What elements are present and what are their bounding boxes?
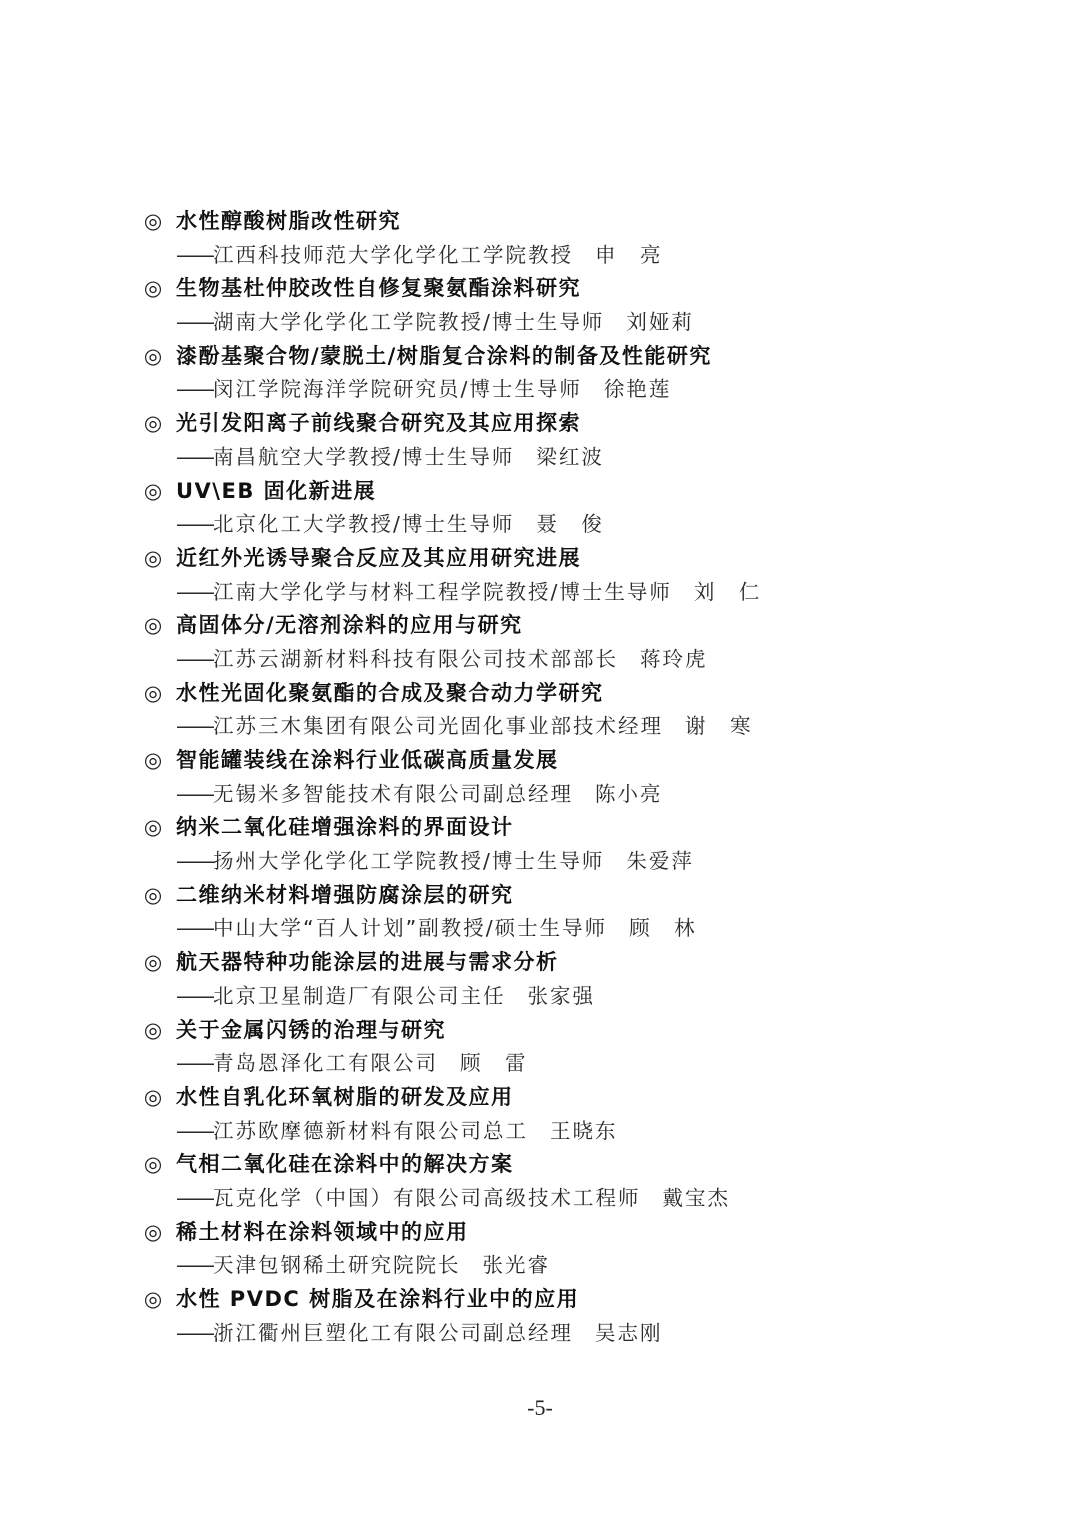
speaker-info: ——南昌航空大学教授/博士生导师梁红波 [176,441,604,475]
talk-title-line: ◎ 水性醇酸树脂改性研究 [140,205,900,239]
speaker-affiliation: 江苏云湖新材料科技有限公司技术部部长 [213,647,618,671]
talk-title-line: ◎ 水性 PVDC 树脂及在涂料行业中的应用 [140,1283,900,1317]
talk-entry: ◎ 水性 PVDC 树脂及在涂料行业中的应用 ——浙江衢州巨塑化工有限公司副总经… [140,1283,900,1350]
speaker-affiliation: 江西科技师范大学化学化工学院教授 [213,243,573,267]
em-dash: —— [176,1186,213,1210]
speaker-name: 朱爱萍 [626,849,694,873]
talk-entry: ◎ 水性自乳化环氧树脂的研发及应用 ——江苏欧摩德新材料有限公司总工王晓东 [140,1081,900,1148]
speaker-name: 张家强 [528,984,596,1008]
speaker-name: 刘 仁 [694,580,762,604]
talk-title-line: ◎ 漆酚基聚合物/蒙脱土/树脂复合涂料的制备及性能研究 [140,340,900,374]
talk-title: 稀土材料在涂料领域中的应用 [176,1216,469,1250]
speaker-line: ——浙江衢州巨塑化工有限公司副总经理吴志刚 [140,1317,900,1351]
talk-entry: ◎ 关于金属闪锈的治理与研究 ——青岛恩泽化工有限公司顾 雷 [140,1014,900,1081]
talk-title: 航天器特种功能涂层的进展与需求分析 [176,946,559,980]
double-circle-bullet-icon: ◎ [140,879,166,913]
double-circle-bullet-icon: ◎ [140,340,166,374]
speaker-name: 吴志刚 [595,1321,663,1345]
talk-title: 漆酚基聚合物/蒙脱土/树脂复合涂料的制备及性能研究 [176,340,712,374]
em-dash: —— [176,512,213,536]
double-circle-bullet-icon: ◎ [140,407,166,441]
speaker-name: 顾 雷 [460,1051,528,1075]
talk-entry: ◎ UV\EB 固化新进展 ——北京化工大学教授/博士生导师聂 俊 [140,475,900,542]
talk-entry: ◎ 近红外光诱导聚合反应及其应用研究进展 ——江南大学化学与材料工程学院教授/博… [140,542,900,609]
em-dash: —— [176,1253,213,1277]
talk-title-line: ◎ 稀土材料在涂料领域中的应用 [140,1216,900,1250]
speaker-line: ——扬州大学化学化工学院教授/博士生导师朱爱萍 [140,845,900,879]
double-circle-bullet-icon: ◎ [140,811,166,845]
talk-entry: ◎ 智能罐装线在涂料行业低碳高质量发展 ——无锡米多智能技术有限公司副总经理陈小… [140,744,900,811]
talk-title: 气相二氧化硅在涂料中的解决方案 [176,1148,514,1182]
speaker-info: ——天津包钢稀土研究院院长张光睿 [176,1249,550,1283]
em-dash: —— [176,1321,213,1345]
em-dash: —— [176,377,213,401]
speaker-affiliation: 扬州大学化学化工学院教授/博士生导师 [213,849,604,873]
em-dash: —— [176,849,213,873]
speaker-info: ——江西科技师范大学化学化工学院教授申 亮 [176,239,663,273]
em-dash: —— [176,1119,213,1143]
talk-title-line: ◎ 气相二氧化硅在涂料中的解决方案 [140,1148,900,1182]
speaker-info: ——江南大学化学与材料工程学院教授/博士生导师刘 仁 [176,576,761,610]
speaker-affiliation: 江南大学化学与材料工程学院教授/博士生导师 [213,580,672,604]
talk-entry: ◎ 二维纳米材料增强防腐涂层的研究 ——中山大学“百人计划”副教授/硕士生导师顾… [140,879,900,946]
talk-title: 近红外光诱导聚合反应及其应用研究进展 [176,542,581,576]
speaker-name: 戴宝杰 [663,1186,731,1210]
em-dash: —— [176,916,213,940]
em-dash: —— [176,984,213,1008]
speaker-affiliation: 江苏欧摩德新材料有限公司总工 [213,1119,528,1143]
talk-title: 高固体分/无溶剂涂料的应用与研究 [176,609,523,643]
speaker-line: ——北京化工大学教授/博士生导师聂 俊 [140,508,900,542]
speaker-affiliation: 无锡米多智能技术有限公司副总经理 [213,782,573,806]
speaker-line: ——中山大学“百人计划”副教授/硕士生导师顾 林 [140,912,900,946]
speaker-info: ——扬州大学化学化工学院教授/博士生导师朱爱萍 [176,845,694,879]
talk-entry: ◎ 高固体分/无溶剂涂料的应用与研究 ——江苏云湖新材料科技有限公司技术部部长蒋… [140,609,900,676]
talk-title-line: ◎ 光引发阳离子前线聚合研究及其应用探索 [140,407,900,441]
double-circle-bullet-icon: ◎ [140,1081,166,1115]
talk-title: 生物基杜仲胶改性自修复聚氨酯涂料研究 [176,272,581,306]
talk-entry: ◎ 航天器特种功能涂层的进展与需求分析 ——北京卫星制造厂有限公司主任张家强 [140,946,900,1013]
em-dash: —— [176,580,213,604]
talk-title-line: ◎ 智能罐装线在涂料行业低碳高质量发展 [140,744,900,778]
speaker-name: 申 亮 [595,243,663,267]
speaker-name: 徐艳莲 [604,377,672,401]
em-dash: —— [176,1051,213,1075]
em-dash: —— [176,714,213,738]
talk-title-line: ◎ 近红外光诱导聚合反应及其应用研究进展 [140,542,900,576]
double-circle-bullet-icon: ◎ [140,677,166,711]
double-circle-bullet-icon: ◎ [140,475,166,509]
talk-entry: ◎ 水性光固化聚氨酯的合成及聚合动力学研究 ——江苏三木集团有限公司光固化事业部… [140,677,900,744]
speaker-affiliation: 湖南大学化学化工学院教授/博士生导师 [213,310,604,334]
talk-title: UV\EB 固化新进展 [176,475,376,509]
em-dash: —— [176,647,213,671]
double-circle-bullet-icon: ◎ [140,744,166,778]
talk-list: ◎ 水性醇酸树脂改性研究 ——江西科技师范大学化学化工学院教授申 亮 ◎ 生物基… [140,205,900,1350]
speaker-affiliation: 青岛恩泽化工有限公司 [213,1051,438,1075]
speaker-line: ——闵江学院海洋学院研究员/博士生导师徐艳莲 [140,373,900,407]
talk-title-line: ◎ 高固体分/无溶剂涂料的应用与研究 [140,609,900,643]
speaker-affiliation: 瓦克化学（中国）有限公司高级技术工程师 [213,1186,641,1210]
page-number: -5- [0,1395,1080,1421]
talk-entry: ◎ 光引发阳离子前线聚合研究及其应用探索 ——南昌航空大学教授/博士生导师梁红波 [140,407,900,474]
double-circle-bullet-icon: ◎ [140,542,166,576]
em-dash: —— [176,782,213,806]
speaker-name: 梁红波 [536,445,604,469]
speaker-affiliation: 浙江衢州巨塑化工有限公司副总经理 [213,1321,573,1345]
speaker-line: ——天津包钢稀土研究院院长张光睿 [140,1249,900,1283]
speaker-line: ——瓦克化学（中国）有限公司高级技术工程师戴宝杰 [140,1182,900,1216]
double-circle-bullet-icon: ◎ [140,1148,166,1182]
talk-title-line: ◎ 水性光固化聚氨酯的合成及聚合动力学研究 [140,677,900,711]
talk-title-line: ◎ 纳米二氧化硅增强涂料的界面设计 [140,811,900,845]
talk-title: 水性 PVDC 树脂及在涂料行业中的应用 [176,1283,579,1317]
speaker-line: ——南昌航空大学教授/博士生导师梁红波 [140,441,900,475]
talk-title: 关于金属闪锈的治理与研究 [176,1014,446,1048]
speaker-line: ——江西科技师范大学化学化工学院教授申 亮 [140,239,900,273]
speaker-name: 张光睿 [483,1253,551,1277]
talk-title: 水性醇酸树脂改性研究 [176,205,401,239]
talk-title: 水性自乳化环氧树脂的研发及应用 [176,1081,514,1115]
speaker-name: 蒋玲虎 [640,647,708,671]
double-circle-bullet-icon: ◎ [140,946,166,980]
talk-title-line: ◎ 生物基杜仲胶改性自修复聚氨酯涂料研究 [140,272,900,306]
talk-title-line: ◎ UV\EB 固化新进展 [140,475,900,509]
speaker-info: ——北京化工大学教授/博士生导师聂 俊 [176,508,604,542]
em-dash: —— [176,445,213,469]
talk-entry: ◎ 生物基杜仲胶改性自修复聚氨酯涂料研究 ——湖南大学化学化工学院教授/博士生导… [140,272,900,339]
speaker-affiliation: 闵江学院海洋学院研究员/博士生导师 [213,377,582,401]
speaker-affiliation: 天津包钢稀土研究院院长 [213,1253,461,1277]
double-circle-bullet-icon: ◎ [140,1216,166,1250]
speaker-name: 谢 寒 [685,714,753,738]
talk-title-line: ◎ 航天器特种功能涂层的进展与需求分析 [140,946,900,980]
double-circle-bullet-icon: ◎ [140,272,166,306]
speaker-affiliation: 南昌航空大学教授/博士生导师 [213,445,514,469]
double-circle-bullet-icon: ◎ [140,1283,166,1317]
speaker-name: 聂 俊 [536,512,604,536]
speaker-info: ——青岛恩泽化工有限公司顾 雷 [176,1047,528,1081]
speaker-info: ——北京卫星制造厂有限公司主任张家强 [176,980,595,1014]
em-dash: —— [176,243,213,267]
speaker-name: 刘娅莉 [626,310,694,334]
speaker-info: ——中山大学“百人计划”副教授/硕士生导师顾 林 [176,912,697,946]
speaker-info: ——无锡米多智能技术有限公司副总经理陈小亮 [176,778,663,812]
em-dash: —— [176,310,213,334]
speaker-info: ——瓦克化学（中国）有限公司高级技术工程师戴宝杰 [176,1182,730,1216]
talk-entry: ◎ 气相二氧化硅在涂料中的解决方案 ——瓦克化学（中国）有限公司高级技术工程师戴… [140,1148,900,1215]
talk-entry: ◎ 稀土材料在涂料领域中的应用 ——天津包钢稀土研究院院长张光睿 [140,1216,900,1283]
talk-title: 智能罐装线在涂料行业低碳高质量发展 [176,744,559,778]
speaker-line: ——青岛恩泽化工有限公司顾 雷 [140,1047,900,1081]
speaker-line: ——湖南大学化学化工学院教授/博士生导师刘娅莉 [140,306,900,340]
speaker-info: ——江苏三木集团有限公司光固化事业部技术经理谢 寒 [176,710,753,744]
double-circle-bullet-icon: ◎ [140,205,166,239]
speaker-line: ——江苏三木集团有限公司光固化事业部技术经理谢 寒 [140,710,900,744]
talk-title: 光引发阳离子前线聚合研究及其应用探索 [176,407,581,441]
speaker-line: ——北京卫星制造厂有限公司主任张家强 [140,980,900,1014]
speaker-affiliation: 北京化工大学教授/博士生导师 [213,512,514,536]
speaker-line: ——无锡米多智能技术有限公司副总经理陈小亮 [140,778,900,812]
talk-entry: ◎ 纳米二氧化硅增强涂料的界面设计 ——扬州大学化学化工学院教授/博士生导师朱爱… [140,811,900,878]
speaker-info: ——江苏云湖新材料科技有限公司技术部部长蒋玲虎 [176,643,708,677]
talk-title: 纳米二氧化硅增强涂料的界面设计 [176,811,514,845]
speaker-info: ——湖南大学化学化工学院教授/博士生导师刘娅莉 [176,306,694,340]
speaker-name: 顾 林 [629,916,697,940]
talk-entry: ◎ 漆酚基聚合物/蒙脱土/树脂复合涂料的制备及性能研究 ——闵江学院海洋学院研究… [140,340,900,407]
talk-title: 水性光固化聚氨酯的合成及聚合动力学研究 [176,677,604,711]
speaker-info: ——闵江学院海洋学院研究员/博士生导师徐艳莲 [176,373,671,407]
double-circle-bullet-icon: ◎ [140,1014,166,1048]
speaker-affiliation: 中山大学“百人计划”副教授/硕士生导师 [213,916,607,940]
speaker-info: ——浙江衢州巨塑化工有限公司副总经理吴志刚 [176,1317,663,1351]
speaker-affiliation: 江苏三木集团有限公司光固化事业部技术经理 [213,714,663,738]
speaker-affiliation: 北京卫星制造厂有限公司主任 [213,984,506,1008]
talk-title: 二维纳米材料增强防腐涂层的研究 [176,879,514,913]
speaker-line: ——江南大学化学与材料工程学院教授/博士生导师刘 仁 [140,576,900,610]
talk-entry: ◎ 水性醇酸树脂改性研究 ——江西科技师范大学化学化工学院教授申 亮 [140,205,900,272]
speaker-line: ——江苏欧摩德新材料有限公司总工王晓东 [140,1115,900,1149]
talk-title-line: ◎ 水性自乳化环氧树脂的研发及应用 [140,1081,900,1115]
speaker-name: 王晓东 [550,1119,618,1143]
talk-title-line: ◎ 关于金属闪锈的治理与研究 [140,1014,900,1048]
double-circle-bullet-icon: ◎ [140,609,166,643]
speaker-line: ——江苏云湖新材料科技有限公司技术部部长蒋玲虎 [140,643,900,677]
talk-title-line: ◎ 二维纳米材料增强防腐涂层的研究 [140,879,900,913]
speaker-name: 陈小亮 [595,782,663,806]
speaker-info: ——江苏欧摩德新材料有限公司总工王晓东 [176,1115,618,1149]
